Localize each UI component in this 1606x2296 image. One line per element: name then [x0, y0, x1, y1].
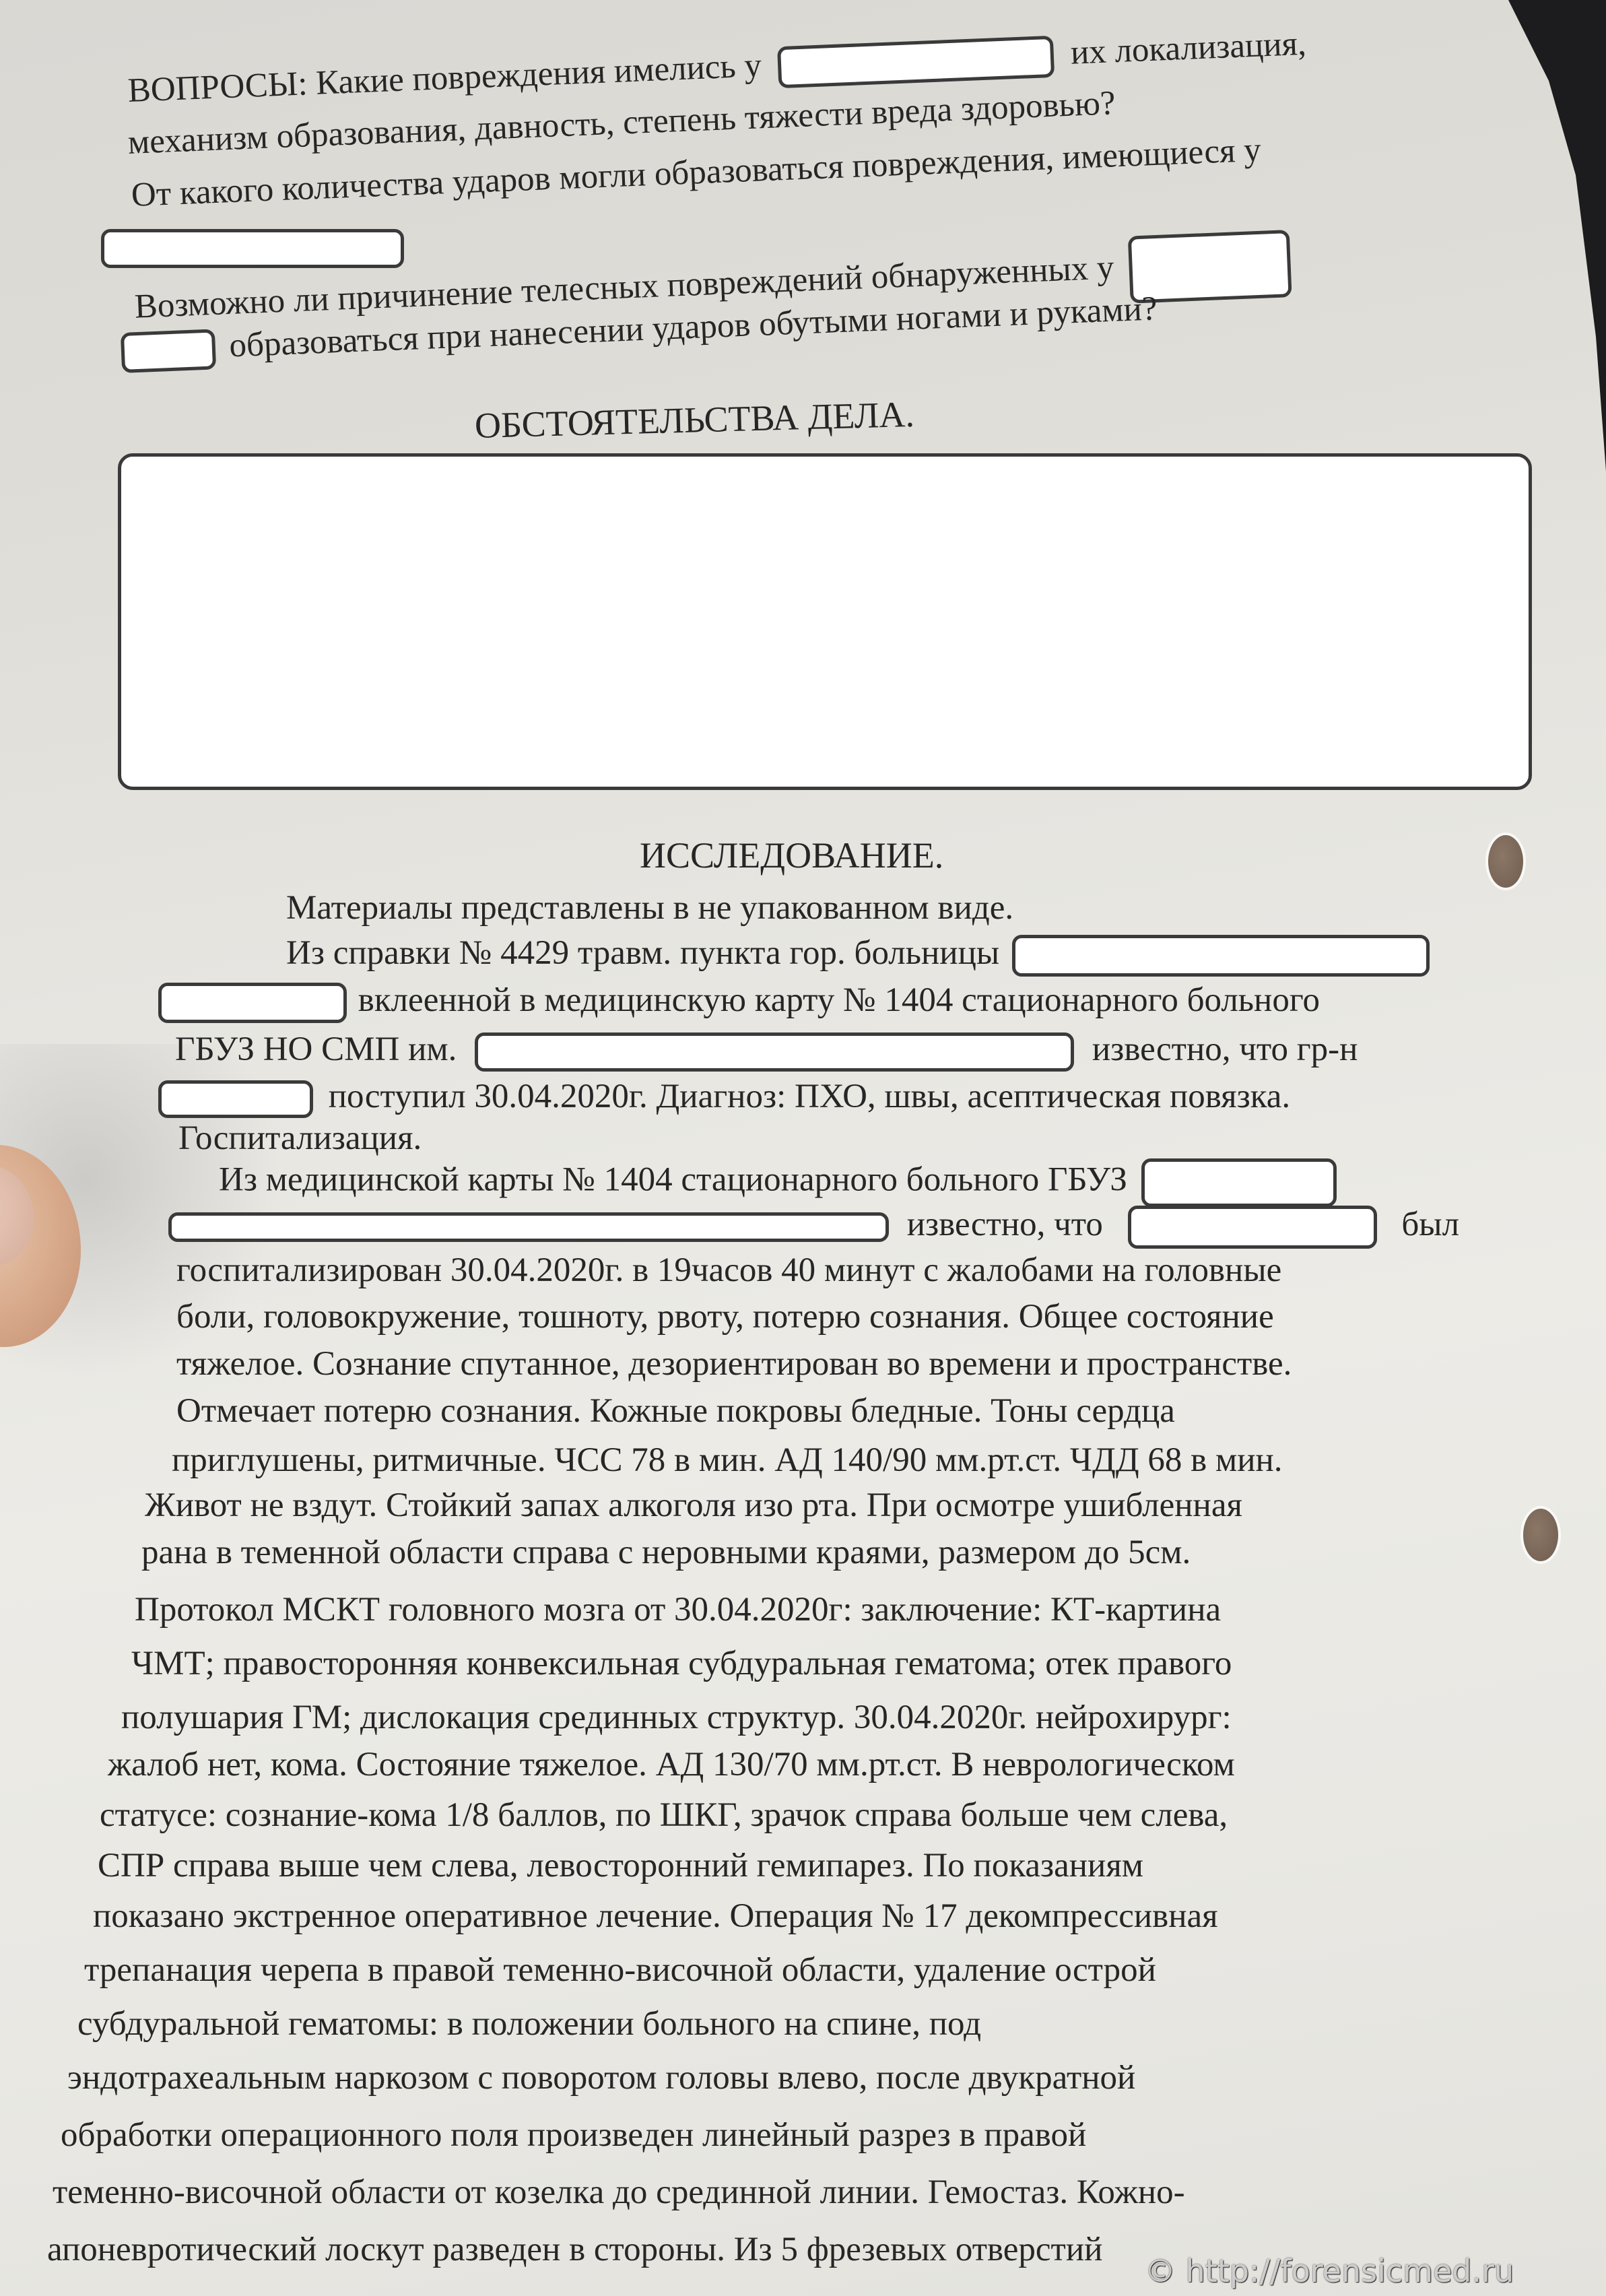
research-line: госпитализирован 30.04.2020г. в 19часов …: [176, 1250, 1281, 1290]
text: известно, что: [907, 1206, 1103, 1243]
circumstances-redaction: [118, 453, 1532, 790]
redaction: [121, 329, 216, 374]
research-line: Живот не вздут. Стойкий запах алкоголя и…: [145, 1485, 1242, 1526]
research-heading: ИССЛЕДОВАНИЕ.: [640, 835, 943, 876]
research-line: статусе: сознание-кома 1/8 баллов, по ШК…: [100, 1795, 1228, 1835]
research-line: Материалы представлены в не упакованном …: [286, 888, 1013, 928]
redaction: [101, 229, 404, 268]
redaction: [1141, 1158, 1337, 1207]
text: известно, что гр-н: [1092, 1030, 1358, 1068]
research-line: приглушены, ритмичные. ЧСС 78 в мин. АД …: [172, 1440, 1283, 1480]
research-line: поступил 30.04.2020г. Диагноз: ПХО, швы,…: [158, 1076, 1290, 1118]
punch-hole: [1488, 835, 1523, 888]
research-line: Отмечает потерю сознания. Кожные покровы…: [176, 1391, 1175, 1431]
research-line: обработки операционного поля произведен …: [61, 2115, 1086, 2155]
redaction: [1012, 935, 1430, 977]
research-line: СПР справа выше чем слева, левосторонний…: [98, 1845, 1143, 1886]
research-line: субдуральной гематомы: в положении больн…: [77, 2004, 981, 2044]
research-line: Из справки № 4429 травм. пункта гор. бол…: [286, 933, 1430, 977]
research-line: Протокол МСКТ головного мозга от 30.04.2…: [135, 1589, 1221, 1630]
redaction: [475, 1032, 1074, 1072]
research-line: апоневротический лоскут разведен в сторо…: [47, 2229, 1102, 2270]
research-line: эндотрахеальным наркозом с поворотом гол…: [67, 2058, 1135, 2098]
redaction: [158, 983, 347, 1023]
watermark: © http://forensicmed.ru: [1145, 2253, 1514, 2289]
text: их локализация,: [1070, 25, 1307, 72]
text: поступил 30.04.2020г. Диагноз: ПХО, швы,…: [329, 1078, 1290, 1115]
research-line: тяжелое. Сознание спутанное, дезориентир…: [176, 1344, 1292, 1384]
research-line: известно, что был: [168, 1204, 1459, 1249]
research-line: боли, головокружение, тошноту, рвоту, по…: [176, 1297, 1274, 1337]
research-line: ГБУЗ НО СМП им. известно, что гр-н: [175, 1029, 1358, 1072]
redaction: [168, 1212, 889, 1242]
research-line: жалоб нет, кома. Состояние тяжелое. АД 1…: [108, 1744, 1235, 1785]
research-line: ЧМТ; правосторонняя конвексильная субдур…: [131, 1643, 1232, 1684]
redaction: [158, 1080, 313, 1118]
research-line: рана в теменной области справа с неровны…: [141, 1532, 1191, 1573]
text: ГБУЗ НО СМП им.: [175, 1030, 457, 1068]
punch-hole: [1523, 1509, 1558, 1561]
research-line: полушария ГМ; дислокация срединных струк…: [121, 1697, 1232, 1738]
research-line: теменно-височной области от козелка до с…: [53, 2172, 1185, 2212]
research-line: вклеенной в медицинскую карту № 1404 ста…: [158, 980, 1320, 1023]
research-line: показано экстренное оперативное лечение.…: [93, 1896, 1218, 1936]
research-line: Из медицинской карты № 1404 стационарног…: [219, 1158, 1337, 1207]
text: был: [1401, 1206, 1459, 1243]
text: Из медицинской карты № 1404 стационарног…: [219, 1161, 1127, 1199]
text: Из справки № 4429 травм. пункта гор. бол…: [286, 934, 999, 972]
question-line-4: [101, 226, 404, 268]
text: вклеенной в медицинскую карту № 1404 ста…: [358, 981, 1320, 1019]
research-line: трепанация черепа в правой теменно-височ…: [84, 1950, 1156, 1990]
research-line: Госпитализация.: [178, 1118, 422, 1158]
redaction: [1128, 1206, 1377, 1249]
